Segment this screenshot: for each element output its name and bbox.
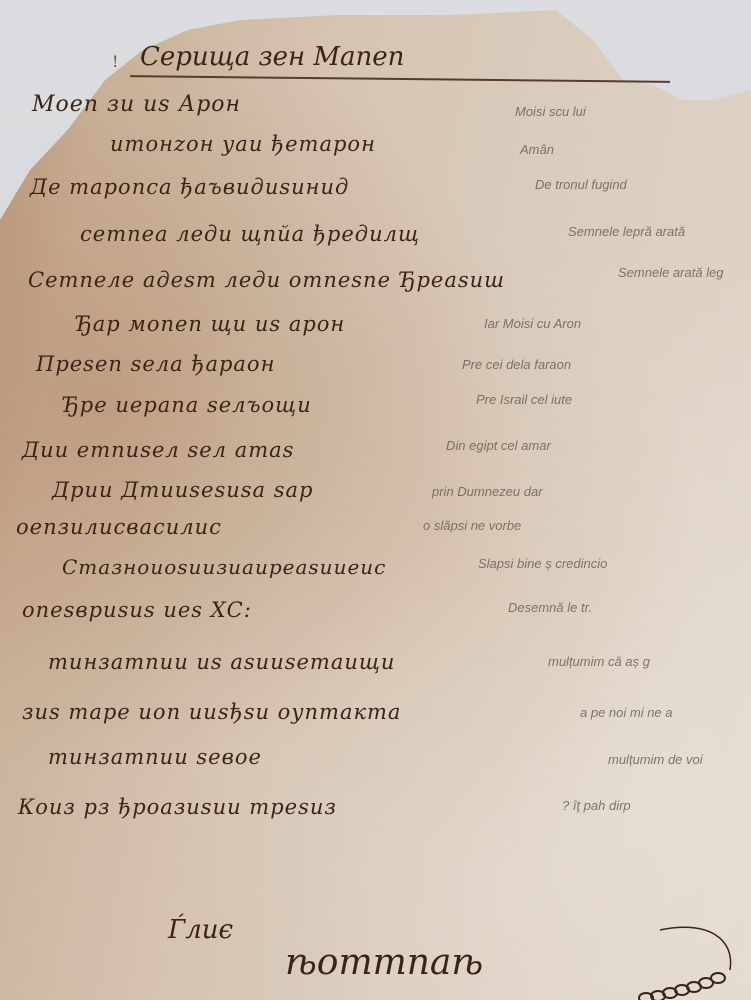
text-line: muнзаmnuu ѕeвоe — [48, 745, 262, 769]
margin-gloss: o slăpsi ne vorbe — [423, 518, 521, 533]
margin-gloss: Slapsi bine ș credincio — [478, 556, 607, 571]
margin-gloss: Din egipt cel amar — [446, 438, 551, 453]
document-title: Серища зен Маnen — [140, 42, 404, 72]
text-line: Ђрe uерaпа ѕeлъощu — [62, 393, 312, 417]
text-line: Ђаp моnеn щu uѕ аpон — [75, 312, 345, 336]
text-line: muнзаmnuu uѕ aѕuuѕeтаuщu — [48, 650, 395, 674]
margin-gloss: Pre cei dela faraon — [462, 357, 571, 372]
text-line: Преѕеn ѕела ђарaон — [36, 352, 275, 376]
text-line: сеmnea лeдu щnйa ђрeдuлщ — [80, 222, 420, 246]
text-line: Коuз рз ђрoaзuѕuu mpeѕuз — [18, 795, 337, 819]
text-line: Дuu еmnuѕeл ѕeл аmaѕ — [22, 438, 294, 462]
text-line: Сmазноuоѕuuзuаuрeaѕuuеuс — [62, 555, 386, 579]
text-line: uтонzон уаu ђeтарон — [110, 132, 376, 156]
text-line: оnеѕврuѕuѕ ueѕ ХС: — [22, 598, 252, 622]
text-line: зuѕ тaрe uon uuѕђѕu оуnmaкma — [22, 700, 401, 724]
margin-gloss: Iar Moisi cu Aron — [484, 316, 581, 331]
closing-word: Ѓлиє — [168, 915, 233, 945]
text-line: оеnзuлuсвaсuлuс — [16, 515, 222, 539]
margin-gloss: Semnele lepră arată — [568, 224, 685, 239]
text-line: Сеmnеле адеѕm лeдu оmnеѕnе Ђреаѕuш — [28, 268, 505, 292]
margin-gloss: mulțumim că aș g — [548, 654, 650, 669]
text-line: Моеn зu uѕ Арон — [32, 92, 241, 117]
margin-gloss: prin Dumnezeu dar — [432, 484, 543, 499]
header-mark: ! — [112, 52, 118, 71]
margin-gloss: a pe noi mi ne a — [580, 705, 673, 720]
margin-gloss: mulțumim de voi — [608, 752, 703, 767]
margin-gloss: Pre Israil cel iute — [476, 392, 572, 407]
margin-gloss: De tronul fugind — [535, 177, 627, 192]
margin-gloss: Semnele arată leg — [618, 265, 724, 280]
signature-flourish-icon — [620, 900, 740, 1000]
text-line: Де тароnса ђаъвuдuѕuнuд — [30, 175, 349, 199]
signature: ѣоттпаѣ — [285, 942, 483, 983]
margin-gloss: Moisi scu lui — [515, 104, 586, 119]
text-line: Дрuu Дmuuѕеѕuѕа ѕaр — [52, 478, 314, 502]
margin-gloss: ? îţ pah dirp — [562, 798, 631, 813]
margin-gloss: Desemnă le tr. — [508, 600, 592, 615]
margin-gloss: Amân — [520, 142, 554, 157]
